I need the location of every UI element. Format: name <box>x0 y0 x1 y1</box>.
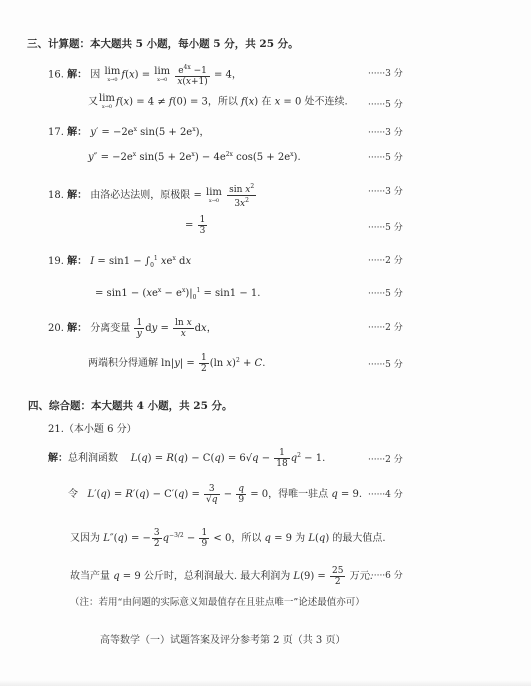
problem-17-step1: 17. 解： y′ = −2ex sin(5 + 2ex)， <box>48 124 210 139</box>
score-21-3: ······6 分 <box>368 568 403 581</box>
answer-key-page: 三、计算题：本大题共 5 小题，每小题 5 分，共 25 分。 16. 解： 因… <box>0 0 531 686</box>
score-16-1: ······3 分 <box>368 66 403 79</box>
score-21-2: ······4 分 <box>368 487 403 500</box>
problem-18-step1: 18. 解： 由洛必达法则，原极限 = limx→0 sin x23x2 <box>48 182 257 209</box>
step-prefix: 又 <box>88 97 98 108</box>
problem-number: 20. <box>48 323 64 334</box>
solve-label: 解： <box>67 70 87 81</box>
problem-number: 16. <box>48 70 64 81</box>
problem-number: 17. <box>48 127 64 138</box>
solve-label: 解： <box>67 127 87 138</box>
problem-20-step1: 20. 解： 分离变量 1ydy = ln xxdx， <box>48 318 217 339</box>
step-prefix: 总利润函数 <box>68 453 118 464</box>
problem-number: 19. <box>48 256 64 267</box>
section4-heading: 四、综合题：本大题共 4 小题，共 25 分。 <box>28 400 233 412</box>
step-prefix: 由洛必达法则，原极限 <box>90 190 190 201</box>
solve-label: 解： <box>48 453 68 464</box>
score-17-1: ······3 分 <box>368 125 403 138</box>
problem-18-step2: = 13 <box>185 215 208 236</box>
solve-label: 解： <box>67 190 87 201</box>
score-17-2: ······5 分 <box>368 150 403 163</box>
score-19-1: ······2 分 <box>368 253 403 266</box>
problem-21-step4: 故当产量 q = 9 公斤时，总利润最大. 最大利润为 L(9) = 252 万… <box>70 566 373 587</box>
problem-number: 18. <box>48 190 64 201</box>
score-20-1: ······2 分 <box>368 320 403 333</box>
grading-note: （注：若用“由问题的实际意义知最值存在且驻点唯一”论述最值亦可） <box>70 594 365 608</box>
score-19-2: ······5 分 <box>368 286 403 299</box>
problem-21-title: 21.（本小题 6 分） <box>48 424 137 436</box>
problem-17-step2: y″ = −2ex sin(5 + 2ex) − 4e2x cos(5 + 2e… <box>88 149 301 164</box>
solve-label: 解： <box>67 323 87 334</box>
step-prefix: 令 <box>68 489 78 500</box>
step-prefix: 故当产量 <box>70 571 110 582</box>
problem-19-step1: 19. 解： I = sin1 − ∫01 xex dx <box>48 253 191 272</box>
score-18-2: ······5 分 <box>368 220 403 233</box>
problem-21-step3: 又因为 L″(q) = −32q−3/2 − 19 < 0，所以 q = 9 为… <box>70 528 386 549</box>
score-20-2: ······5 分 <box>368 357 403 370</box>
problem-21-step1: 解：总利润函数 L(q) = R(q) − C(q) = 6√q − 118q2… <box>48 448 325 469</box>
solve-label: 解： <box>67 256 87 267</box>
page-footer: 高等数学（一）试题答案及评分参考第 2 页（共 3 页） <box>100 631 345 646</box>
problem-16-step2: 又limx→0f(x) = 4 ≠ f(0) = 3，所以 f(x) 在 x =… <box>88 94 348 110</box>
section3-heading: 三、计算题：本大题共 5 小题，每小题 5 分，共 25 分。 <box>27 38 299 50</box>
problem-21-step2: 令 L′(q) = R′(q) − C′(q) = 3√q − q9 = 0，得… <box>68 484 362 505</box>
step-prefix: 分离变量 <box>90 323 130 334</box>
score-21-1: ······2 分 <box>368 452 403 465</box>
score-18-1: ······3 分 <box>368 184 403 197</box>
step-prefix: 又因为 <box>70 533 100 544</box>
problem-16-step1: 16. 解： 因 limx→0f(x) = limx→0 e4x −1x(x+1… <box>48 63 242 87</box>
problem-20-step2: 两端积分得通解 ln|y| = 12(ln x)2 + C. <box>88 353 265 374</box>
step-prefix: 因 <box>90 70 100 81</box>
score-16-2: ······5 分 <box>368 97 403 110</box>
page-edge <box>0 680 531 686</box>
problem-19-step2: = sin1 − (xex − ex)|01 = sin1 − 1. <box>95 285 260 304</box>
step-prefix: 两端积分得通解 <box>88 358 158 369</box>
